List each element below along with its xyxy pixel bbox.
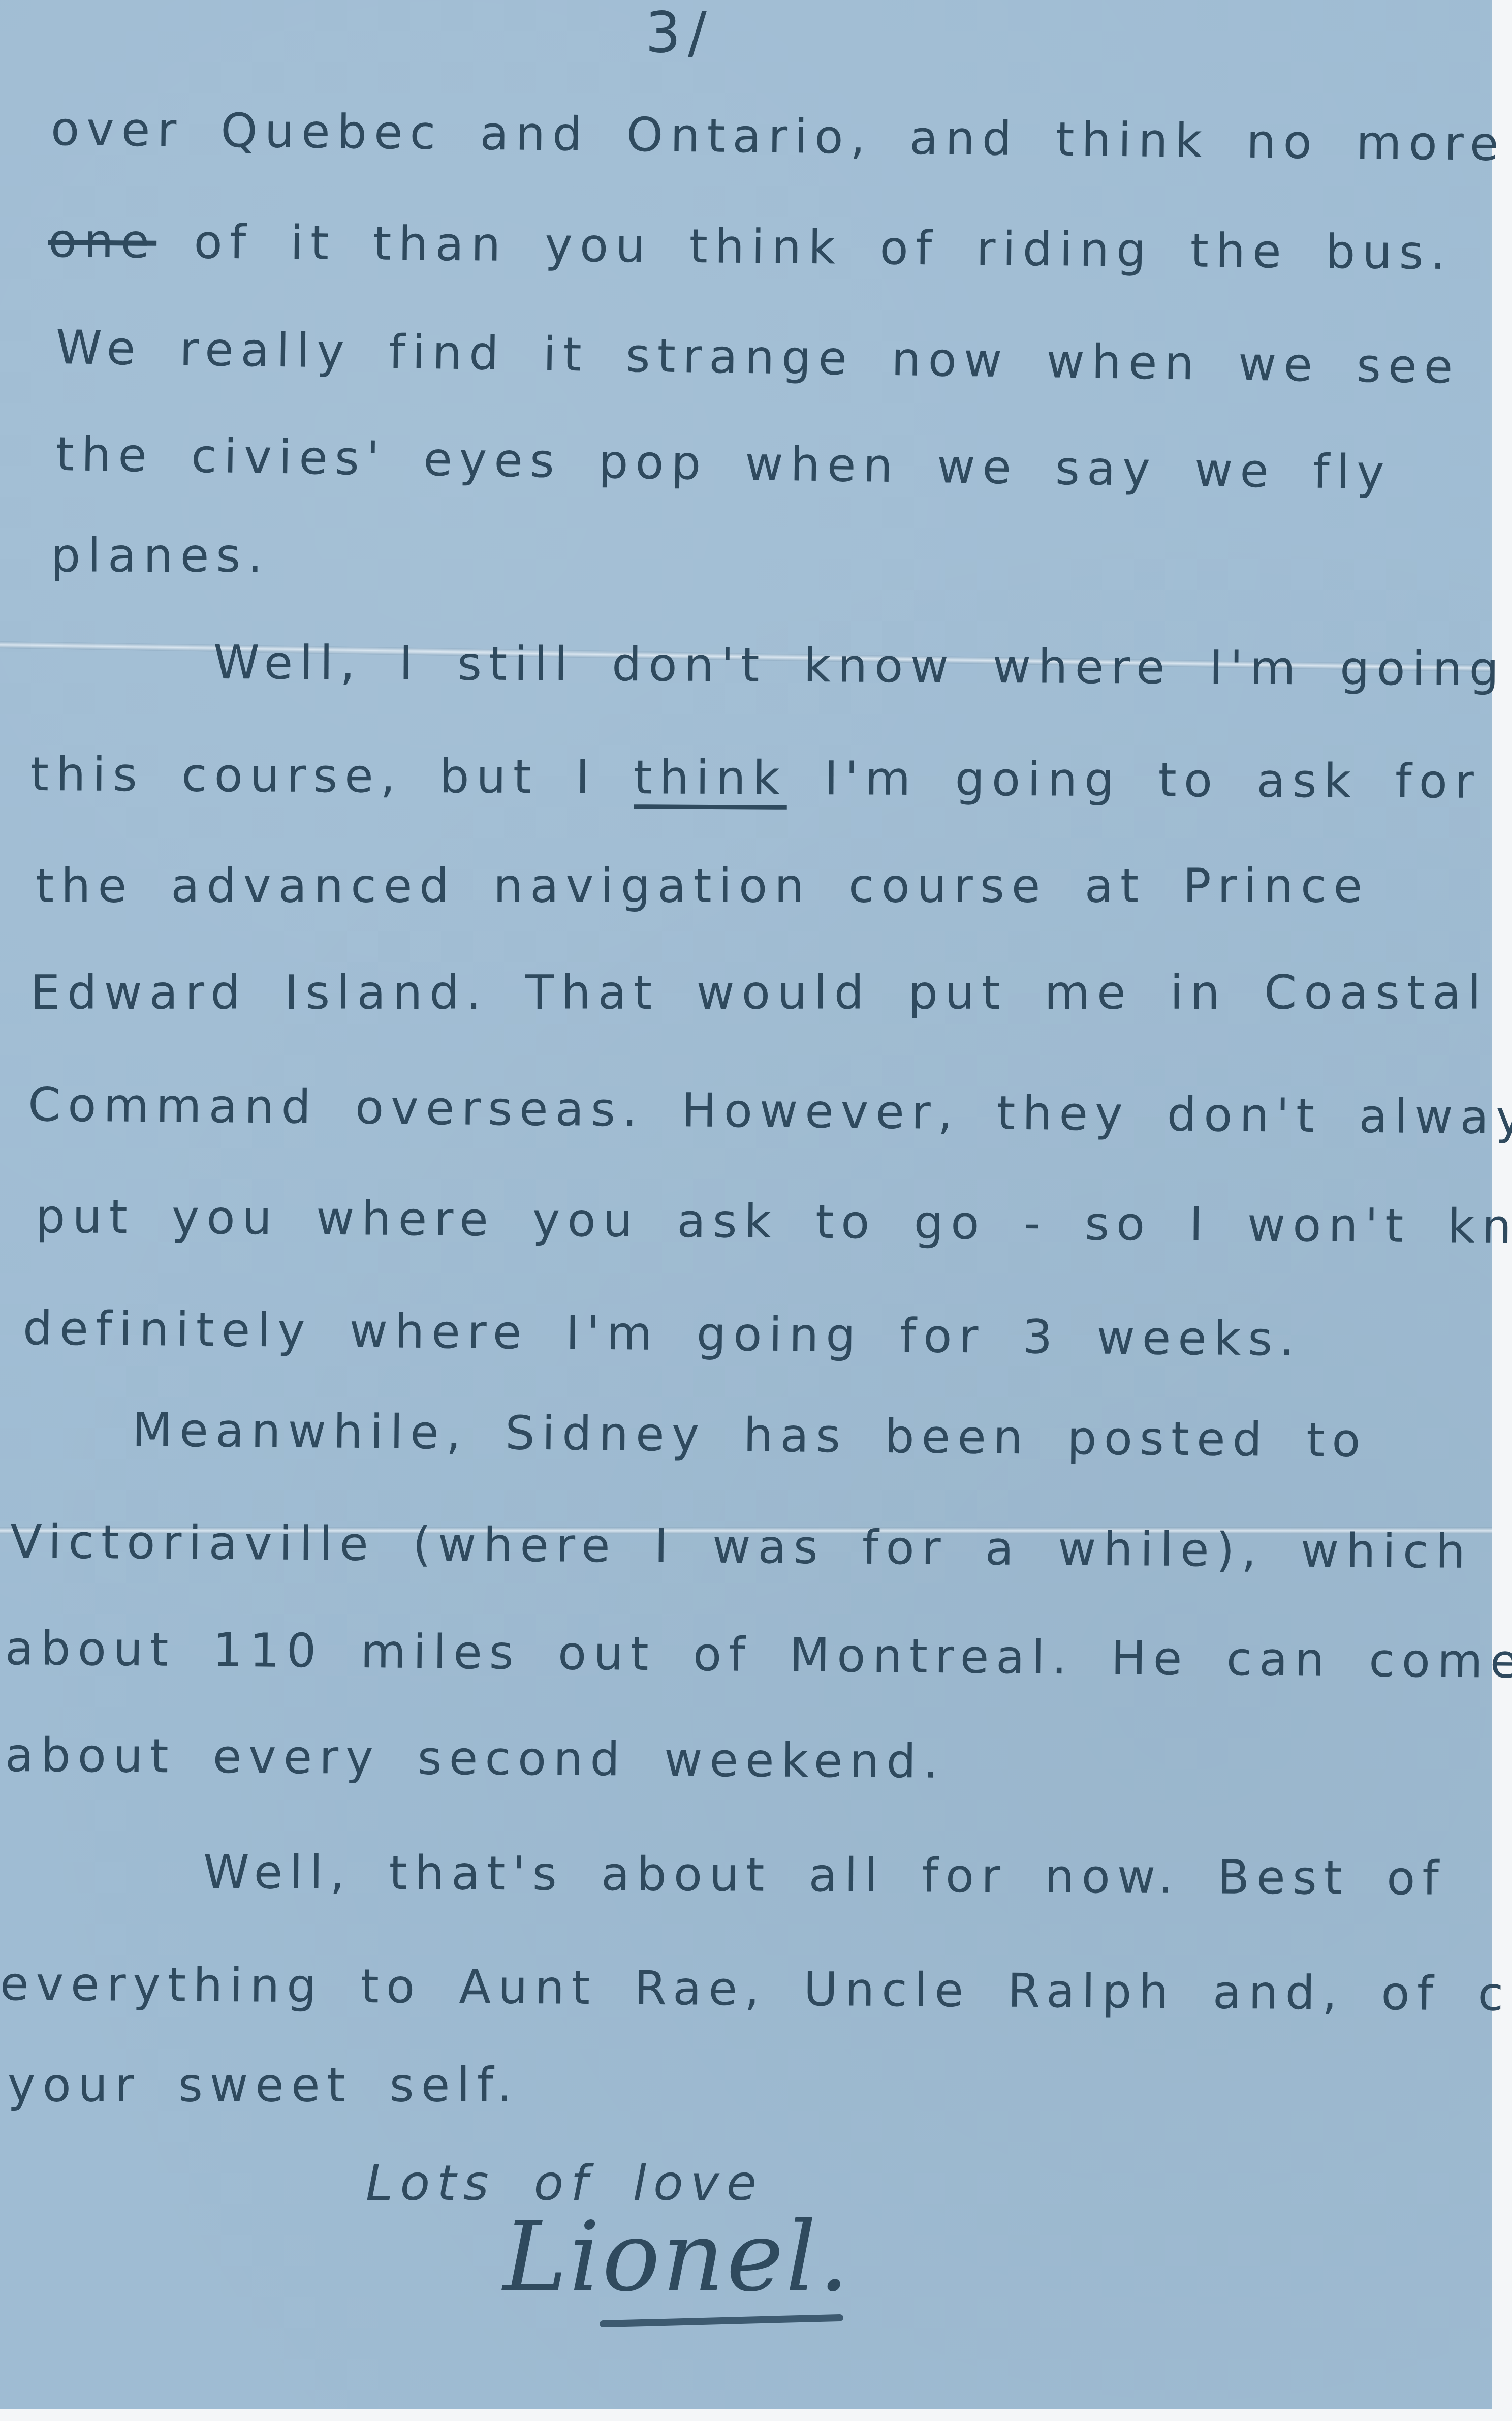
letter-line-4: the civies' eyes pop when we say we fly	[55, 427, 1392, 500]
letter-line-19: your sweet self.	[8, 2058, 519, 2113]
signature: Lionel.	[503, 2200, 851, 2313]
struck-word: one	[48, 213, 157, 269]
letter-page: 3/ over Quebec and Ontario, and think no…	[0, 0, 1492, 2409]
letter-line-12: definitely where I'm going for 3 weeks.	[23, 1301, 1302, 1367]
letter-line-11: put you where you ask to go - so I won't…	[36, 1189, 1512, 1254]
letter-line-13: Meanwhile, Sidney has been posted to	[132, 1403, 1368, 1468]
letter-line-16: about every second weekend.	[5, 1728, 946, 1789]
letter-line-14: Victoriaville (where I was for a while),…	[10, 1514, 1512, 1579]
letter-line-1: over Quebec and Ontario, and think no mo…	[50, 102, 1505, 171]
letter-line-15: about 110 miles out of Montreal. He can …	[5, 1621, 1512, 1690]
letter-line-5: planes.	[51, 529, 269, 583]
letter-line-10: Command overseas. However, they don't al…	[28, 1077, 1512, 1145]
letter-line-18: everything to Aunt Rae, Uncle Ralph and,…	[0, 1957, 1512, 2023]
letter-line-9: Edward Island. That would put me in Coas…	[30, 966, 1488, 1020]
letter-line-6: Well, I still don't know where I'm going…	[213, 635, 1512, 697]
underlined-word: think	[634, 750, 787, 805]
letter-line-2: one of it than you think of riding the b…	[48, 213, 1453, 280]
signature-underline	[600, 2314, 843, 2328]
letter-line-8: the advanced navigation course at Prince	[36, 859, 1369, 913]
letter-line-2-text: of it than you think of riding the bus.	[194, 215, 1453, 281]
letter-line-17: Well, that's about all for now. Best of	[203, 1845, 1446, 1906]
letter-line-7-b: I'm going to ask for	[787, 751, 1481, 809]
letter-line-7: this course, but I think I'm going to as…	[30, 747, 1481, 809]
letter-line-3: We really find it strange now when we se…	[55, 320, 1460, 394]
page-number: 3/	[645, 0, 714, 65]
letter-line-7-a: this course, but I	[30, 747, 634, 804]
